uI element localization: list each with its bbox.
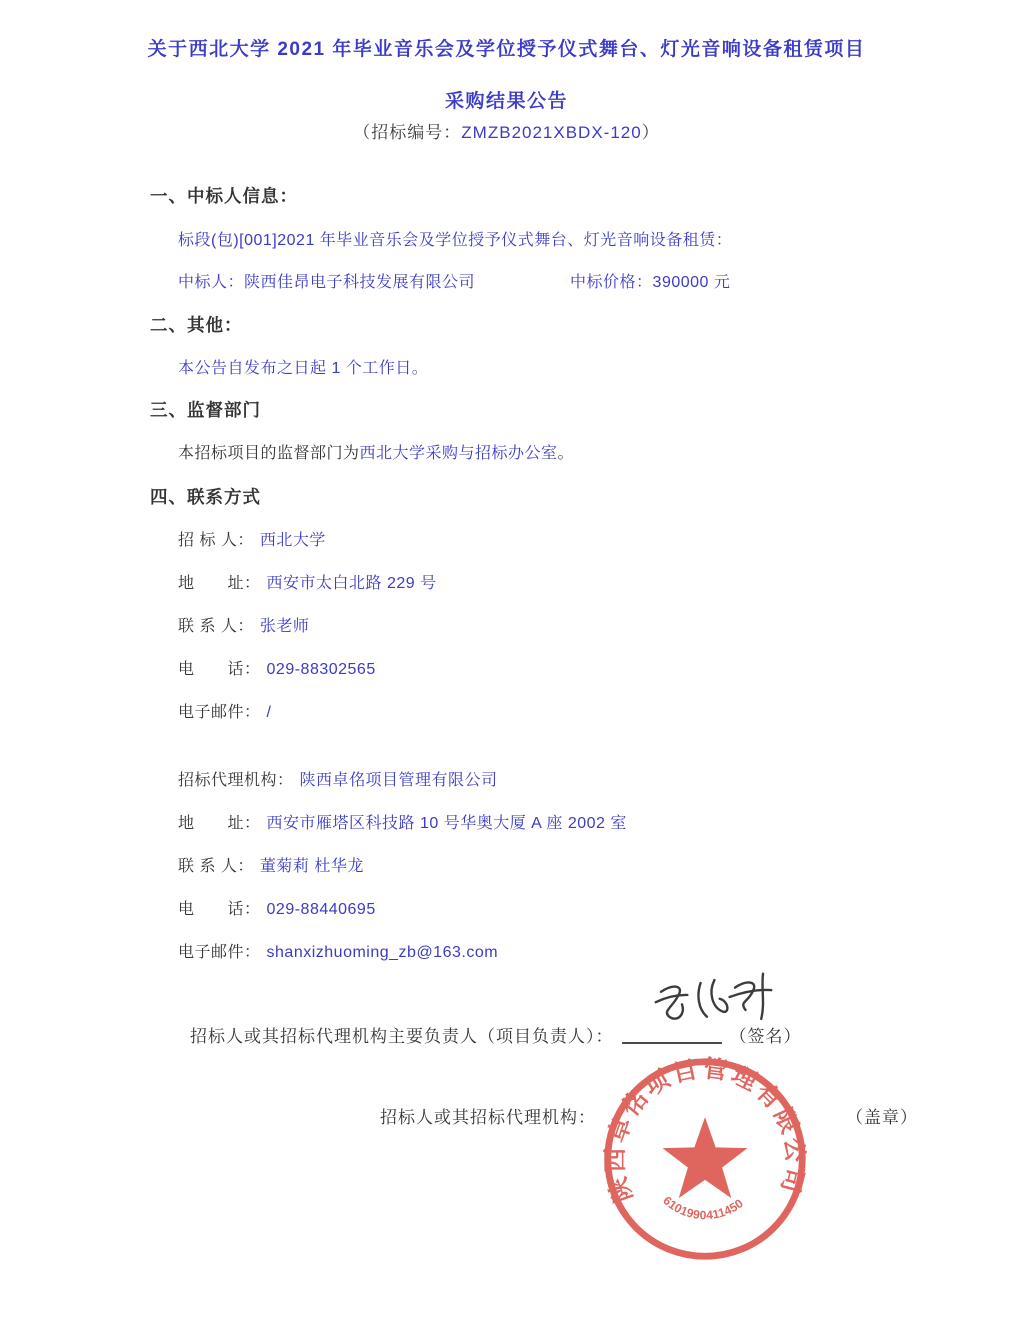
agency-value: 029-88440695	[267, 901, 376, 918]
tender-number-line: （招标编号：ZMZB2021XBDX-120）	[0, 118, 1013, 143]
signature-underline	[622, 1041, 722, 1044]
tender-number-prefix: （招标编号：	[353, 123, 461, 142]
agency-label: 电子邮件：	[178, 944, 261, 961]
contact-label: 招 标 人：	[178, 532, 254, 549]
contact-label: 联 系 人：	[178, 618, 254, 635]
agency-row-phone: 电 话：029-88440695	[178, 896, 376, 919]
contact-row-email: 电子邮件：/	[178, 699, 271, 722]
price-value: 390000 元	[653, 274, 731, 291]
contact-value: 西安市太白北路 229 号	[267, 575, 437, 592]
doc-title-line1: 关于西北大学 2021 年毕业音乐会及学位授予仪式舞台、灯光音响设备租赁项目	[0, 34, 1013, 61]
tender-number: ZMZB2021XBDX-120	[461, 123, 641, 142]
agency-label: 招标代理机构：	[178, 772, 294, 789]
seal-star	[662, 1117, 747, 1198]
contact-value: /	[267, 704, 272, 721]
supervision-prefix: 本招标项目的监督部门为	[178, 445, 360, 462]
contact-row-address: 地 址：西安市太白北路 229 号	[178, 570, 437, 593]
contact-row-tenderer: 招 标 人：西北大学	[178, 527, 326, 550]
stamp-suffix: （盖章）	[846, 1108, 918, 1127]
contact-value: 张老师	[260, 618, 310, 635]
supervision-office: 西北大学采购与招标办公室	[360, 445, 558, 462]
section-4-heading: 四、联系方式	[150, 484, 261, 509]
signature-label: 招标人或其招标代理机构主要负责人（项目负责人）：	[190, 1027, 614, 1046]
contact-value: 西北大学	[260, 532, 326, 549]
doc-title-line2: 采购结果公告	[0, 86, 1013, 113]
lot-description: 标段(包)[001]2021 年毕业音乐会及学位授予仪式舞台、灯光音响设备租赁：	[178, 227, 732, 250]
agency-value: shanxizhuoming_zb@163.com	[267, 944, 499, 961]
agency-label: 电 话：	[178, 901, 261, 918]
seal-number: 6101990411450	[660, 1193, 746, 1222]
agency-value: 西安市雁塔区科技路 10 号华奥大厦 A 座 2002 室	[267, 815, 627, 832]
tender-number-suffix: ）	[642, 123, 660, 142]
section-2-heading: 二、其他：	[150, 312, 243, 337]
agency-row-person: 联 系 人：董菊莉 杜华龙	[178, 853, 364, 876]
document-page: 关于西北大学 2021 年毕业音乐会及学位授予仪式舞台、灯光音响设备租赁项目 采…	[0, 0, 1013, 1333]
handwritten-signature	[650, 968, 782, 1039]
supervision-suffix: 。	[558, 445, 575, 462]
agency-value: 董菊莉 杜华龙	[260, 858, 364, 875]
company-seal: 陕西卓佲项目管理有限公司 6101990411450	[598, 1050, 812, 1268]
contact-row-phone: 电 话：029-88302565	[178, 656, 376, 679]
stamp-label: 招标人或其招标代理机构：	[380, 1108, 596, 1127]
winner-label: 中标人：	[178, 274, 244, 291]
contact-label: 电子邮件：	[178, 704, 261, 721]
contact-row-person: 联 系 人：张老师	[178, 613, 309, 636]
winner-name: 陕西佳昂电子科技发展有限公司	[244, 274, 475, 291]
agency-label: 联 系 人：	[178, 858, 254, 875]
agency-row-address: 地 址：西安市雁塔区科技路 10 号华奥大厦 A 座 2002 室	[178, 810, 627, 833]
validity-note: 本公告自发布之日起 1 个工作日。	[178, 355, 428, 378]
agency-value: 陕西卓佲项目管理有限公司	[300, 772, 498, 789]
svg-text:6101990411450: 6101990411450	[660, 1193, 746, 1222]
agency-label: 地 址：	[178, 815, 261, 832]
agency-row-name: 招标代理机构：陕西卓佲项目管理有限公司	[178, 767, 498, 790]
price-label: 中标价格：	[570, 274, 653, 291]
supervision-line: 本招标项目的监督部门为西北大学采购与招标办公室。	[178, 440, 574, 463]
contact-label: 地 址：	[178, 575, 261, 592]
winner-line: 中标人：陕西佳昂电子科技发展有限公司中标价格：390000 元	[178, 269, 730, 292]
section-3-heading: 三、监督部门	[150, 397, 261, 422]
contact-value: 029-88302565	[267, 661, 376, 678]
section-1-heading: 一、中标人信息：	[150, 183, 298, 208]
agency-row-email: 电子邮件：shanxizhuoming_zb@163.com	[178, 939, 498, 962]
contact-label: 电 话：	[178, 661, 261, 678]
